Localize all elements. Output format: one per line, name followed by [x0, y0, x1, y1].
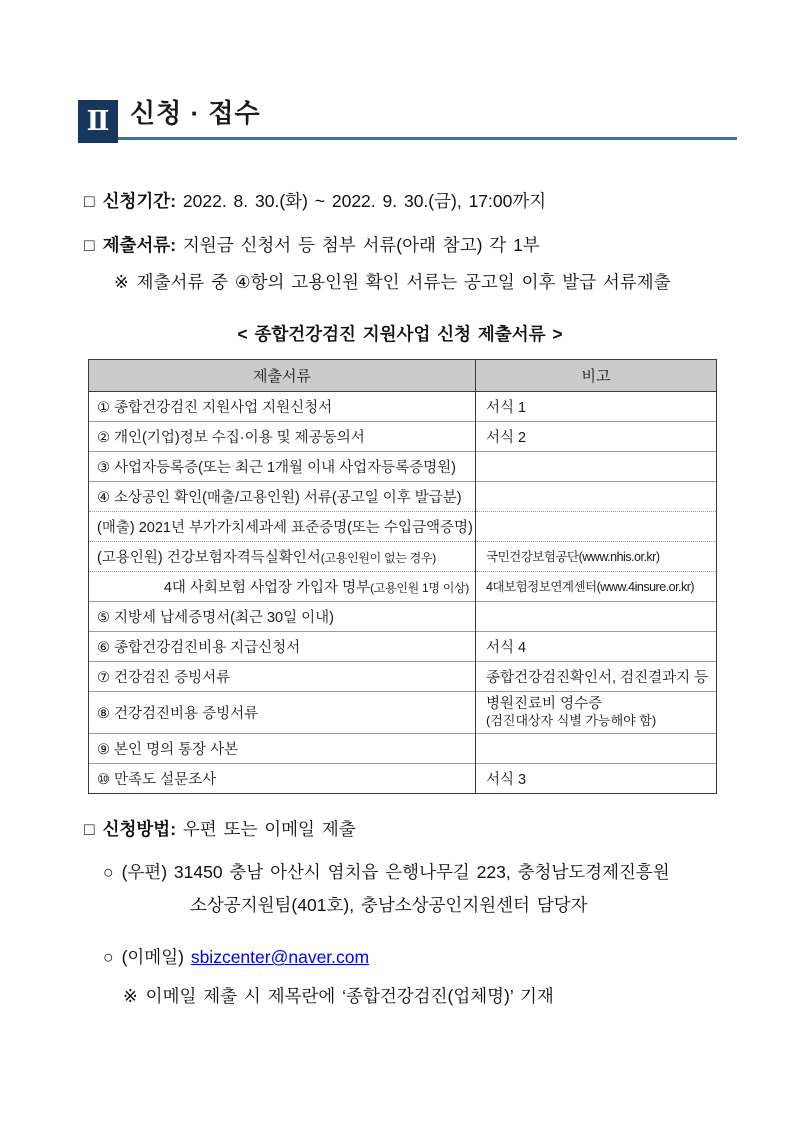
mail-address-text-2: 소상공지원팀(401호), 충남소상공인지원센터 담당자	[190, 895, 588, 915]
circle-bullet-icon: ○	[103, 862, 114, 884]
mail-address-text-1: (우편) 31450 충남 아산시 염치읍 은행나무길 223, 충청남도경제진…	[122, 862, 670, 882]
note-cell: 4대보험정보연계센터(www.4insure.or.kr)	[476, 571, 717, 601]
required-docs-value: 지원금 신청서 등 첨부 서류(아래 참고) 각 1부	[183, 235, 540, 255]
application-period-value: 2022. 8. 30.(화) ~ 2022. 9. 30.(금), 17:00…	[183, 191, 546, 211]
table-row: ① 종합건강검진 지원사업 지원신청서 서식 1	[89, 391, 717, 421]
doc-cell: ⑦ 건강검진 증빙서류	[89, 661, 476, 691]
application-method-value: 우편 또는 이메일 제출	[183, 819, 356, 839]
application-method-line: □신청방법: 우편 또는 이메일 제출	[84, 819, 760, 841]
email-label: (이메일)	[122, 947, 184, 967]
table-header-row: 제출서류 비고	[89, 359, 717, 391]
doc-cell: ⑤ 지방세 납세증명서(최근 30일 이내)	[89, 601, 476, 631]
doc-text: ② 개인(기업)정보 수집·이용 및 제공동의서	[97, 430, 365, 446]
doc-text: (고용인원) 건강보험자격득실확인서	[97, 550, 321, 566]
email-note-text: 이메일 제출 시 제목란에 ‘종합건강검진(업체명)’ 기재	[146, 986, 554, 1006]
email-address-link[interactable]: sbizcenter@naver.com	[191, 947, 369, 967]
circle-bullet-icon: ○	[103, 947, 114, 969]
section-number: Ⅱ	[87, 106, 110, 137]
note-text: 종합건강검진확인서, 검진결과지 등	[486, 670, 708, 686]
column-header-remarks: 비고	[476, 359, 717, 391]
note-cell: 종합건강검진확인서, 검진결과지 등	[476, 661, 717, 691]
required-docs-line: □제출서류: 지원금 신청서 등 첨부 서류(아래 참고) 각 1부	[84, 235, 760, 257]
square-bullet-icon: □	[84, 235, 95, 257]
note-text: 서식 1	[486, 400, 526, 416]
doc-text: ⑨ 본인 명의 통장 사본	[97, 742, 238, 758]
table-row: ③ 사업자등록증(또는 최근 1개월 이내 사업자등록증명원)	[89, 451, 717, 481]
table-row: (매출) 2021년 부가가치세과세 표준증명(또는 수입금액증명)	[89, 511, 717, 541]
note-text-sub: (검진대상자 식별 가능해야 함)	[486, 713, 710, 729]
doc-cell: ② 개인(기업)정보 수집·이용 및 제공동의서	[89, 421, 476, 451]
doc-cell: ⑧ 건강검진비용 증빙서류	[89, 691, 476, 733]
table-row: ⑤ 지방세 납세증명서(최근 30일 이내)	[89, 601, 717, 631]
table-row: ⑨ 본인 명의 통장 사본	[89, 733, 717, 763]
reference-mark-icon: ※	[123, 986, 138, 1008]
doc-cell: ⑩ 만족도 설문조사	[89, 763, 476, 793]
mail-address-line: ○(우편) 31450 충남 아산시 염치읍 은행나무길 223, 충청남도경제…	[103, 862, 770, 884]
table-title: < 종합건강검진 지원사업 신청 제출서류 >	[0, 321, 800, 346]
note-text: 병원진료비 영수증	[486, 695, 710, 713]
table-row: ⑩ 만족도 설문조사 서식 3	[89, 763, 717, 793]
note-cell: 병원진료비 영수증(검진대상자 식별 가능해야 함)	[476, 691, 717, 733]
doc-text: (매출) 2021년 부가가치세과세 표준증명(또는 수입금액증명)	[97, 520, 473, 536]
doc-text: ⑦ 건강검진 증빙서류	[97, 670, 230, 686]
note-cell: 서식 2	[476, 421, 717, 451]
doc-text: ① 종합건강검진 지원사업 지원신청서	[97, 400, 332, 416]
note-cell	[476, 601, 717, 631]
doc-cell: (고용인원) 건강보험자격득실확인서(고용인원이 없는 경우)	[89, 541, 476, 571]
doc-cell: 4대 사회보험 사업장 가입자 명부(고용인원 1명 이상)	[89, 571, 476, 601]
doc-cell: ⑨ 본인 명의 통장 사본	[89, 733, 476, 763]
doc-cell: (매출) 2021년 부가가치세과세 표준증명(또는 수입금액증명)	[89, 511, 476, 541]
doc-text: ④ 소상공인 확인(매출/고용인원) 서류(공고일 이후 발급분)	[97, 490, 462, 506]
section-number-badge: Ⅱ	[78, 100, 118, 143]
application-period-label: 신청기간:	[103, 191, 176, 211]
doc-cell: ① 종합건강검진 지원사업 지원신청서	[89, 391, 476, 421]
note-text: 서식 2	[486, 430, 526, 446]
document-page: Ⅱ 신청 · 접수 □신청기간: 2022. 8. 30.(화) ~ 2022.…	[0, 0, 800, 1131]
required-docs-label: 제출서류:	[103, 235, 176, 255]
submission-documents-table: 제출서류 비고 ① 종합건강검진 지원사업 지원신청서 서식 1 ② 개인(기업…	[88, 359, 717, 794]
doc-cell: ④ 소상공인 확인(매출/고용인원) 서류(공고일 이후 발급분)	[89, 481, 476, 511]
docs-note-text: 제출서류 중 ④항의 고용인원 확인 서류는 공고일 이후 발급 서류제출	[137, 272, 671, 292]
note-cell: 서식 4	[476, 631, 717, 661]
docs-note-line: ※제출서류 중 ④항의 고용인원 확인 서류는 공고일 이후 발급 서류제출	[114, 272, 760, 294]
table-row: ② 개인(기업)정보 수집·이용 및 제공동의서 서식 2	[89, 421, 717, 451]
table-row: 4대 사회보험 사업장 가입자 명부(고용인원 1명 이상) 4대보험정보연계센…	[89, 571, 717, 601]
note-text: 4대보험정보연계센터(www.4insure.or.kr)	[486, 580, 694, 594]
doc-text: ③ 사업자등록증(또는 최근 1개월 이내 사업자등록증명원)	[97, 460, 456, 476]
application-period-line: □신청기간: 2022. 8. 30.(화) ~ 2022. 9. 30.(금)…	[84, 191, 760, 213]
note-cell: 국민건강보험공단(www.nhis.or.kr)	[476, 541, 717, 571]
mail-address-line-2: 소상공지원팀(401호), 충남소상공인지원센터 담당자	[190, 895, 770, 917]
doc-text: ⑤ 지방세 납세증명서(최근 30일 이내)	[97, 610, 334, 626]
reference-mark-icon: ※	[114, 272, 129, 294]
note-text: 국민건강보험공단(www.nhis.or.kr)	[486, 550, 660, 564]
doc-text-small: (고용인원이 없는 경우)	[321, 551, 436, 565]
table-row: ④ 소상공인 확인(매출/고용인원) 서류(공고일 이후 발급분)	[89, 481, 717, 511]
doc-text: ⑩ 만족도 설문조사	[97, 772, 216, 788]
table-row: (고용인원) 건강보험자격득실확인서(고용인원이 없는 경우) 국민건강보험공단…	[89, 541, 717, 571]
column-header-documents: 제출서류	[89, 359, 476, 391]
section-header: Ⅱ 신청 · 접수	[78, 93, 737, 140]
note-cell: 서식 1	[476, 391, 717, 421]
note-cell	[476, 733, 717, 763]
note-cell	[476, 481, 717, 511]
square-bullet-icon: □	[84, 819, 95, 841]
note-cell	[476, 511, 717, 541]
table-row: ⑥ 종합건강검진비용 지급신청서 서식 4	[89, 631, 717, 661]
square-bullet-icon: □	[84, 191, 95, 213]
note-text: 서식 3	[486, 772, 526, 788]
note-cell: 서식 3	[476, 763, 717, 793]
doc-cell: ③ 사업자등록증(또는 최근 1개월 이내 사업자등록증명원)	[89, 451, 476, 481]
email-note-line: ※이메일 제출 시 제목란에 ‘종합건강검진(업체명)’ 기재	[123, 986, 770, 1008]
doc-text: ⑧ 건강검진비용 증빙서류	[97, 706, 258, 722]
doc-text: 4대 사회보험 사업장 가입자 명부	[164, 580, 370, 596]
email-line: ○(이메일) sbizcenter@naver.com	[103, 947, 770, 969]
table-row: ⑧ 건강검진비용 증빙서류 병원진료비 영수증(검진대상자 식별 가능해야 함)	[89, 691, 717, 733]
doc-text-small: (고용인원 1명 이상)	[370, 581, 469, 595]
doc-text: ⑥ 종합건강검진비용 지급신청서	[97, 640, 300, 656]
table-row: ⑦ 건강검진 증빙서류 종합건강검진확인서, 검진결과지 등	[89, 661, 717, 691]
section-title-underline: 신청 · 접수	[118, 93, 737, 140]
page-title: 신청 · 접수	[130, 98, 261, 128]
note-text: 서식 4	[486, 640, 526, 656]
application-method-label: 신청방법:	[103, 819, 176, 839]
doc-cell: ⑥ 종합건강검진비용 지급신청서	[89, 631, 476, 661]
note-cell	[476, 451, 717, 481]
